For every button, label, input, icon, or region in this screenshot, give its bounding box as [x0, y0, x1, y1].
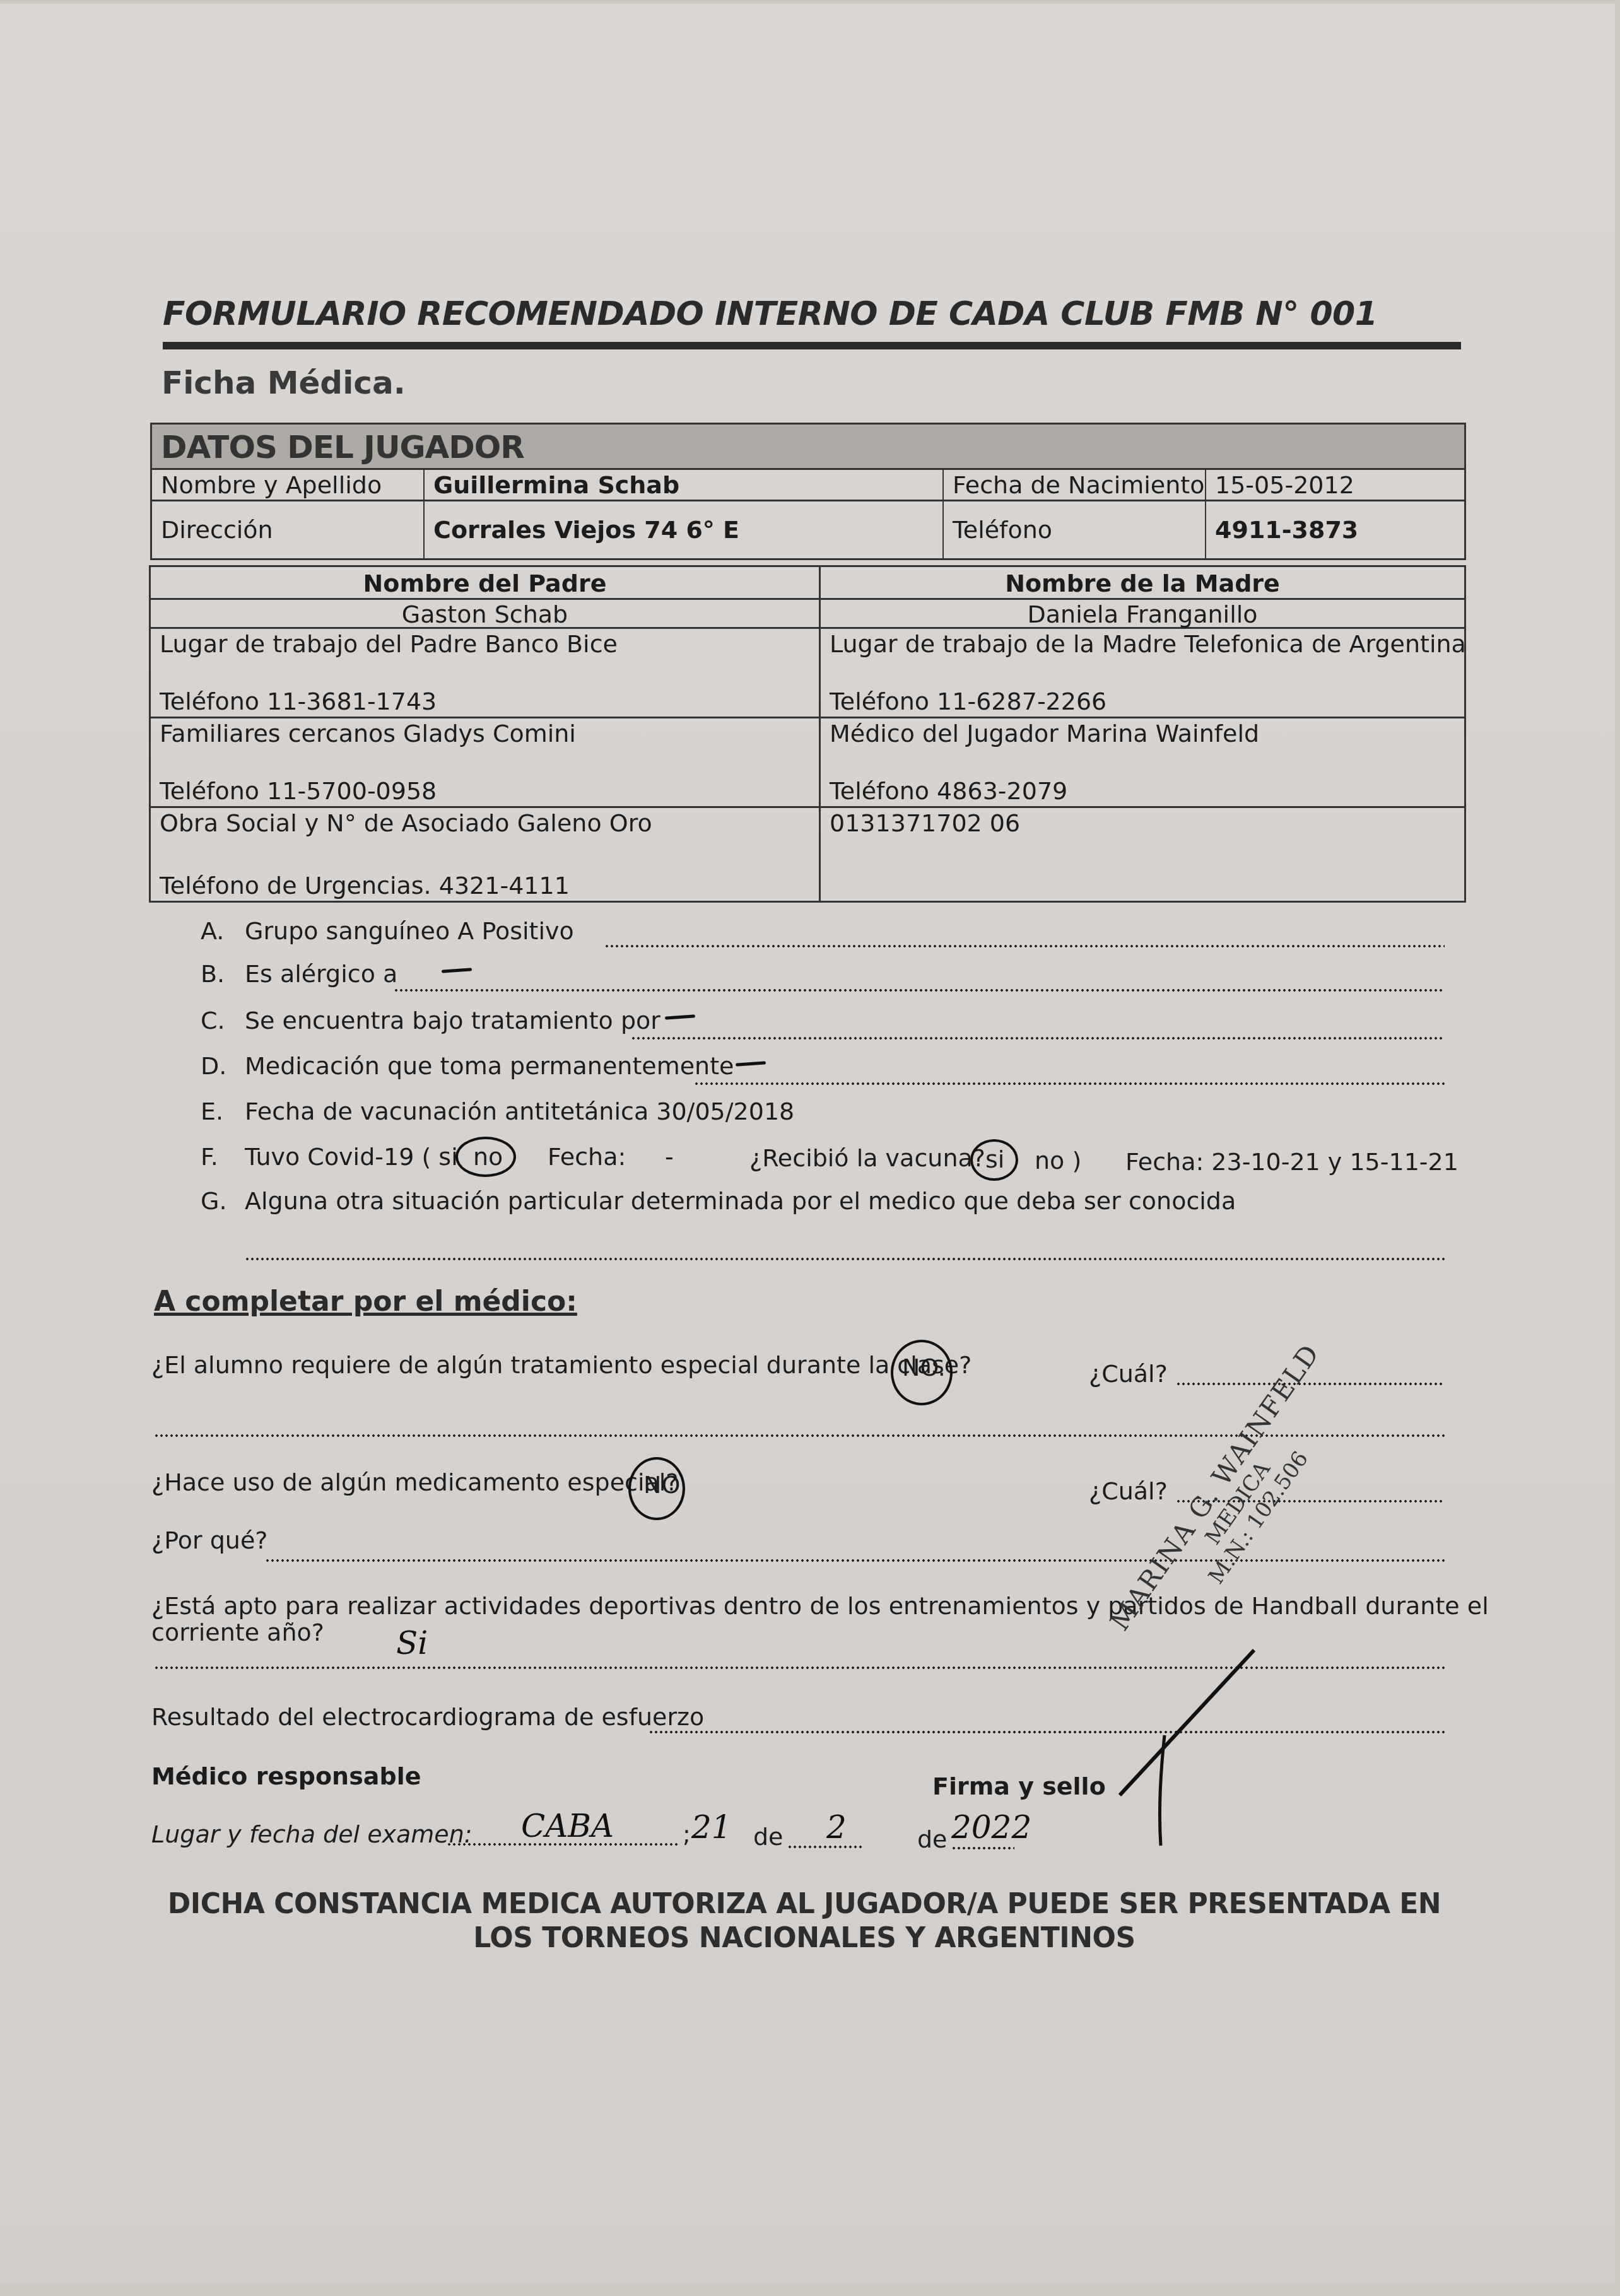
dotted-line[interactable]: [604, 945, 1445, 947]
place-date-label: Lugar y fecha del examen:: [151, 1820, 472, 1848]
cual-label-1: ¿Cuál?: [1089, 1360, 1168, 1388]
health-item-f: F.Tuvo Covid-19 ( si: [201, 1143, 458, 1171]
de-label-2: de: [917, 1825, 948, 1853]
mother-phone[interactable]: Teléfono 11-6287-2266: [830, 688, 1106, 715]
item-text: Alguna otra situación particular determi…: [245, 1187, 1236, 1215]
item-text: Se encuentra bajo tratamiento por: [245, 1007, 660, 1034]
player-doctor[interactable]: Médico del Jugador Marina Wainfeld: [830, 720, 1259, 747]
item-letter: E.: [201, 1098, 245, 1125]
title-rule: [163, 342, 1461, 349]
health-item-c: C.Se encuentra bajo tratamiento por: [201, 1007, 660, 1034]
mother-header: Nombre de la Madre: [821, 567, 1464, 600]
signature-stroke: [1072, 1543, 1388, 1858]
health-item-g: G.Alguna otra situación particular deter…: [201, 1187, 1236, 1215]
health-item-e: E.Fecha de vacunación antitetánica 30/05…: [201, 1098, 794, 1125]
dash-answer: [442, 968, 472, 973]
mother-work[interactable]: Lugar de trabajo de la Madre Telefonica …: [830, 630, 1466, 658]
responsible-doctor-label: Médico responsable: [151, 1762, 421, 1790]
dotted-line[interactable]: [787, 1846, 863, 1848]
phone-label: Teléfono: [944, 501, 1206, 558]
dotted-line[interactable]: [631, 1037, 1445, 1040]
dotted-line[interactable]: [245, 1258, 1445, 1260]
question-fit-line2: corriente año?: [151, 1619, 324, 1646]
insurance[interactable]: Obra Social y N° de Asociado Galeno Oro: [160, 809, 652, 837]
health-item-a: A.Grupo sanguíneo A Positivo: [201, 917, 574, 945]
father-column: Nombre del Padre Gaston Schab Lugar de t…: [151, 567, 821, 901]
item-text: Es alérgico a: [245, 960, 397, 988]
address-value[interactable]: Corrales Viejos 74 6° E: [425, 501, 944, 558]
item-letter: F.: [201, 1143, 245, 1171]
covid-date-value[interactable]: -: [665, 1143, 674, 1171]
member-number[interactable]: 0131371702 06: [830, 809, 1020, 837]
answer-fit[interactable]: Si: [396, 1625, 428, 1661]
emergency-phone[interactable]: Teléfono de Urgencias. 4321-4111: [160, 872, 570, 899]
vaccine-dates[interactable]: Fecha: 23-10-21 y 15-11-21: [1125, 1148, 1459, 1176]
doctor-block: Médico del Jugador Marina Wainfeld Teléf…: [821, 718, 1464, 808]
father-work[interactable]: Lugar de trabajo del Padre Banco Bice: [160, 630, 618, 658]
exam-month[interactable]: 2: [826, 1809, 847, 1846]
notice-line-1: DICHA CONSTANCIA MEDICA AUTORIZA AL JUGA…: [151, 1887, 1457, 1921]
notice-line-2: LOS TORNEOS NACIONALES Y ARGENTINOS: [151, 1921, 1457, 1955]
exam-day[interactable]: 21: [691, 1809, 732, 1846]
birth-label: Fecha de Nacimiento: [944, 470, 1206, 500]
item-letter: A.: [201, 917, 245, 945]
exam-year[interactable]: 2022: [951, 1809, 1031, 1846]
father-work-block: Lugar de trabajo del Padre Banco Bice Te…: [151, 629, 819, 718]
question-special-treatment: ¿El alumno requiere de algún tratamiento…: [151, 1351, 971, 1379]
cual-label-2: ¿Cuál?: [1089, 1477, 1168, 1505]
relatives-phone[interactable]: Teléfono 11-5700-0958: [160, 777, 437, 805]
parents-table: Nombre del Padre Gaston Schab Lugar de t…: [149, 565, 1466, 903]
circle-mark-vaccine-si: [970, 1139, 1018, 1181]
player-row-name: Nombre y Apellido Guillermina Schab Fech…: [152, 470, 1464, 501]
item-text: Medicación que toma permanentemente: [245, 1052, 734, 1080]
form-title: FORMULARIO RECOMENDADO INTERNO DE CADA C…: [163, 295, 1377, 333]
item-text: Fecha de vacunación antitetánica 30/05/2…: [245, 1098, 794, 1125]
item-text: Grupo sanguíneo A Positivo: [245, 917, 574, 945]
question-special-medication: ¿Hace uso de algún medicamento especial?: [151, 1468, 678, 1496]
birth-value[interactable]: 15-05-2012: [1206, 470, 1464, 500]
dotted-line[interactable]: [951, 1847, 1014, 1849]
why-label: ¿Por qué?: [151, 1526, 267, 1554]
doctor-phone[interactable]: Teléfono 4863-2079: [830, 777, 1067, 805]
relatives-block: Familiares cercanos Gladys Comini Teléfo…: [151, 718, 819, 808]
vaccine-question: ¿Recibió la vacuna?: [749, 1144, 985, 1172]
mother-name[interactable]: Daniela Franganillo: [821, 600, 1464, 629]
item-letter: G.: [201, 1187, 245, 1215]
covid-date-label: Fecha:: [548, 1143, 626, 1171]
item-letter: C.: [201, 1007, 245, 1034]
player-section-title: DATOS DEL JUGADOR: [152, 425, 1464, 470]
mother-column: Nombre de la Madre Daniela Franganillo L…: [821, 567, 1464, 901]
item-letter: B.: [201, 960, 245, 988]
de-label-1: de: [753, 1823, 784, 1851]
exam-place[interactable]: CABA: [521, 1808, 614, 1844]
player-data-table: DATOS DEL JUGADOR Nombre y Apellido Guil…: [150, 423, 1466, 560]
member-number-block: 0131371702 06: [821, 808, 1464, 901]
form-paper: FORMULARIO RECOMENDADO INTERNO DE CADA C…: [0, 4, 1615, 2284]
address-label: Dirección: [152, 501, 425, 558]
page-subtitle: Ficha Médica.: [161, 365, 406, 401]
name-value[interactable]: Guillermina Schab: [425, 470, 944, 500]
separator: ;: [683, 1820, 691, 1848]
dash-answer: [736, 1061, 766, 1066]
relatives[interactable]: Familiares cercanos Gladys Comini: [160, 720, 576, 747]
dash-answer: [665, 1014, 695, 1019]
name-label: Nombre y Apellido: [152, 470, 425, 500]
circle-mark-answer-2: [628, 1457, 685, 1520]
circle-mark-answer-1: [891, 1340, 953, 1405]
phone-value[interactable]: 4911-3873: [1206, 501, 1464, 558]
insurance-block: Obra Social y N° de Asociado Galeno Oro …: [151, 808, 819, 901]
dotted-line[interactable]: [694, 1082, 1445, 1085]
health-item-d: D.Medicación que toma permanentemente: [201, 1052, 734, 1080]
ecg-label: Resultado del electrocardiograma de esfu…: [151, 1703, 704, 1731]
authorization-notice: DICHA CONSTANCIA MEDICA AUTORIZA AL JUGA…: [151, 1887, 1457, 1955]
player-row-address: Dirección Corrales Viejos 74 6° E Teléfo…: [152, 501, 1464, 558]
dotted-line[interactable]: [394, 989, 1445, 992]
father-phone[interactable]: Teléfono 11-3681-1743: [160, 688, 437, 715]
mother-work-block: Lugar de trabajo de la Madre Telefonica …: [821, 629, 1464, 718]
item-text: Tuvo Covid-19 ( si: [245, 1143, 458, 1171]
item-letter: D.: [201, 1052, 245, 1080]
circle-mark-covid-no: [455, 1137, 516, 1177]
doctor-section-title: A completar por el médico:: [154, 1286, 577, 1318]
vaccine-no-option[interactable]: no ): [1035, 1147, 1081, 1174]
health-item-b: B.Es alérgico a: [201, 960, 397, 988]
father-name[interactable]: Gaston Schab: [151, 600, 819, 629]
father-header: Nombre del Padre: [151, 567, 819, 600]
